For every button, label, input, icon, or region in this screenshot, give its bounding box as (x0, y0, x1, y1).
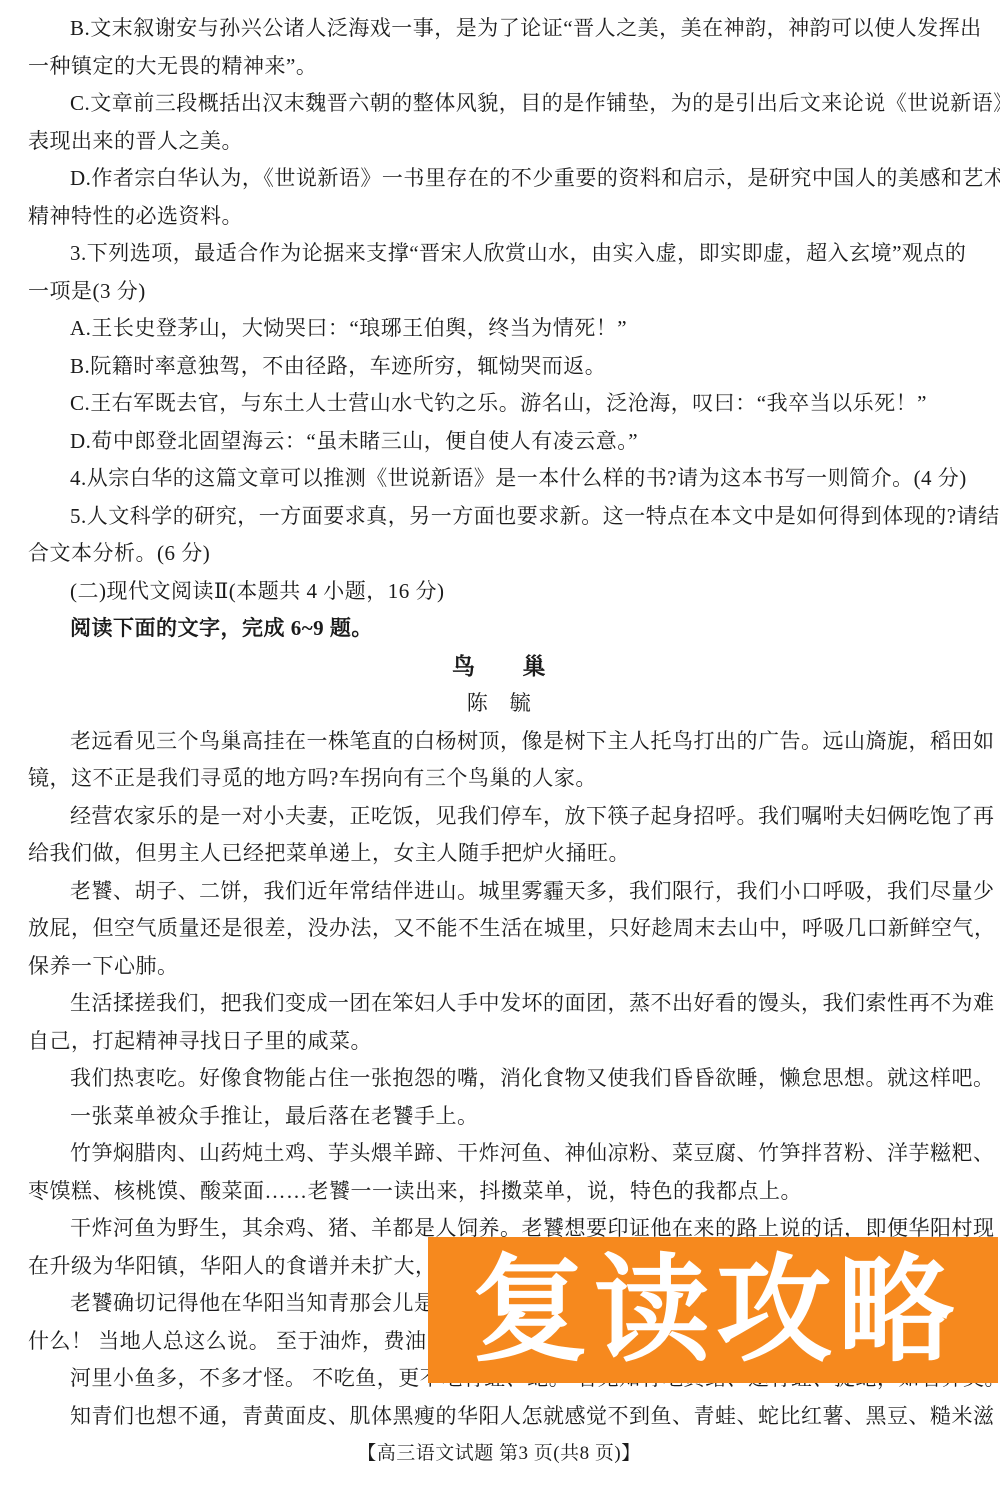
text-line: 放屁，但空气质量还是很差，没办法，又不能不生活在城里，只好趁周末去山中，呼吸几口… (28, 910, 970, 948)
page-footer: 【高三语文试题 第3 页(共8 页)】 (28, 1435, 970, 1473)
text-line: 竹笋焖腊肉、山药炖土鸡、芋头煨羊蹄、干炸河鱼、神仙凉粉、菜豆腐、竹笋拌苕粉、洋芋… (28, 1135, 970, 1173)
text-line: D.作者宗白华认为，《世说新语》一书里存在的不少重要的资料和启示，是研究中国人的… (28, 160, 970, 198)
text-line: 知青们也想不通，青黄面皮、肌体黑瘦的华阳人怎就感觉不到鱼、青蛙、蛇比红薯、黑豆、… (28, 1398, 970, 1436)
watermark-banner: 复读攻略 (428, 1237, 998, 1383)
text-line: 表现出来的晋人之美。 (28, 123, 970, 161)
watermark-text: 复读攻略 (466, 1237, 960, 1383)
text-line: 4.从宗白华的这篇文章可以推测《世说新语》是一本什么样的书?请为这本书写一则简介… (28, 460, 970, 498)
text-line: 枣馍糕、核桃馍、酸菜面……老饕一一读出来，抖擞菜单，说，特色的我都点上。 (28, 1173, 970, 1211)
text-line: 保养一下心肺。 (28, 948, 970, 986)
text-line: 老远看见三个鸟巢高挂在一株笔直的白杨树顶，像是树下主人托鸟打出的广告。远山旖旎，… (28, 723, 970, 761)
text-line: C.王右军既去官，与东土人士营山水弋钓之乐。游名山，泛沧海，叹曰：“我卒当以乐死… (28, 385, 970, 423)
text-line: 一张菜单被众手推让，最后落在老饕手上。 (28, 1098, 970, 1136)
article-title: 鸟 巢 (28, 648, 970, 686)
text-line: A.王长史登茅山，大恸哭曰：“琅琊王伯舆，终当为情死！” (28, 310, 970, 348)
text-line: 经营农家乐的是一对小夫妻，正吃饭，见我们停车，放下筷子起身招呼。我们嘱咐夫妇俩吃… (28, 798, 970, 836)
text-line: 一种镇定的大无畏的精神来”。 (28, 48, 970, 86)
text-line: 给我们做，但男主人已经把菜单递上，女主人随手把炉火捅旺。 (28, 835, 970, 873)
text-line: 生活揉搓我们，把我们变成一团在笨妇人手中发坏的面团，蒸不出好看的馒头，我们索性再… (28, 985, 970, 1023)
exam-text-body: B.文末叙谢安与孙兴公诸人泛海戏一事，是为了论证“晋人之美，美在神韵，神韵可以使… (28, 10, 970, 1435)
text-line: 阅读下面的文字，完成 6~9 题。 (28, 610, 970, 648)
text-line: 3.下列选项，最适合作为论据来支撑“晋宋人欣赏山水，由实入虚，即实即虚，超入玄境… (28, 235, 970, 273)
text-line: B.文末叙谢安与孙兴公诸人泛海戏一事，是为了论证“晋人之美，美在神韵，神韵可以使… (28, 10, 970, 48)
text-line: 镜，这不正是我们寻觅的地方吗?车拐向有三个鸟巢的人家。 (28, 760, 970, 798)
text-line: 自己，打起精神寻找日子里的咸菜。 (28, 1023, 970, 1061)
article-author: 陈 毓 (28, 685, 970, 723)
text-line: 精神特性的必选资料。 (28, 198, 970, 236)
text-line: 老饕、胡子、二饼，我们近年常结伴进山。城里雾霾天多，我们限行，我们小口呼吸，我们… (28, 873, 970, 911)
text-line: C.文章前三段概括出汉末魏晋六朝的整体风貌，目的是作铺垫，为的是引出后文来论说《… (28, 85, 970, 123)
text-line: 一项是(3 分) (28, 273, 970, 311)
text-line: (二)现代文阅读Ⅱ(本题共 4 小题，16 分) (28, 573, 970, 611)
text-line: 5.人文科学的研究，一方面要求真，另一方面也要求新。这一特点在本文中是如何得到体… (28, 498, 970, 536)
text-line: B.阮籍时率意独驾，不由径路，车迹所穷，辄恸哭而返。 (28, 348, 970, 386)
text-line: 我们热衷吃。好像食物能占住一张抱怨的嘴，消化食物又使我们昏昏欲睡，懒怠思想。就这… (28, 1060, 970, 1098)
text-line: D.荀中郎登北固望海云：“虽未睹三山，便自使人有凌云意。” (28, 423, 970, 461)
text-line: 合文本分析。(6 分) (28, 535, 970, 573)
